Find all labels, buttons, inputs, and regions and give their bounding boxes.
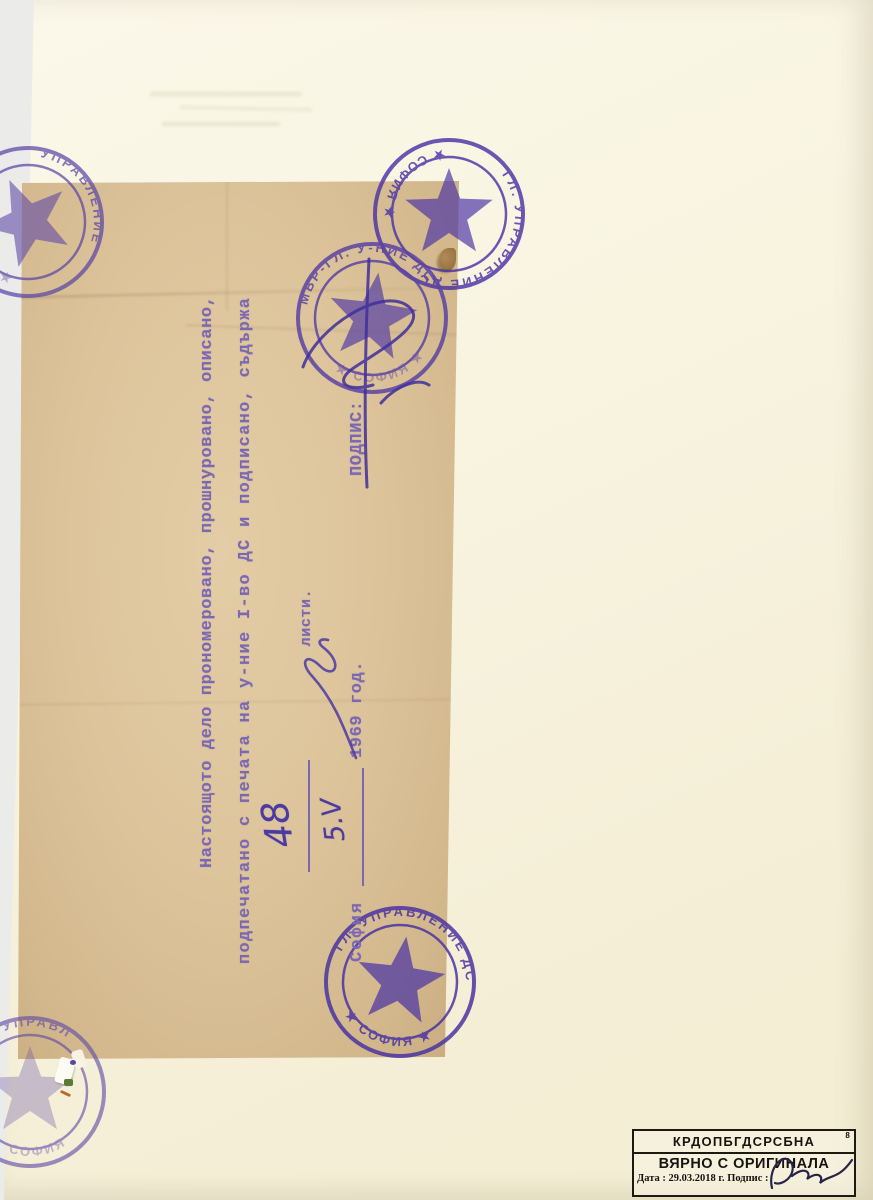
certification-signature [762, 1146, 862, 1198]
typed-line-2: подпечатано с печата на у-ние І-во ДС и … [236, 297, 255, 964]
bleed-through-mark [162, 122, 280, 126]
typed-line-1: Настоящото дело прономеровано, прошнуров… [198, 296, 217, 869]
certification-corner-number: 8 [845, 1131, 851, 1140]
scan-background: { "document": { "typed": { "line1": "Нас… [0, 0, 873, 1200]
city-label: София [348, 901, 367, 962]
handwritten-signature [285, 225, 445, 495]
date-blank [348, 768, 364, 886]
staple-fragment [64, 1079, 73, 1086]
ink-dot [70, 1060, 76, 1065]
bleed-through-mark [150, 92, 302, 96]
handwritten-sheet-count: 48 [253, 798, 303, 851]
handwritten-year-flourish [286, 632, 364, 762]
handwritten-date: 5.V [315, 796, 351, 844]
